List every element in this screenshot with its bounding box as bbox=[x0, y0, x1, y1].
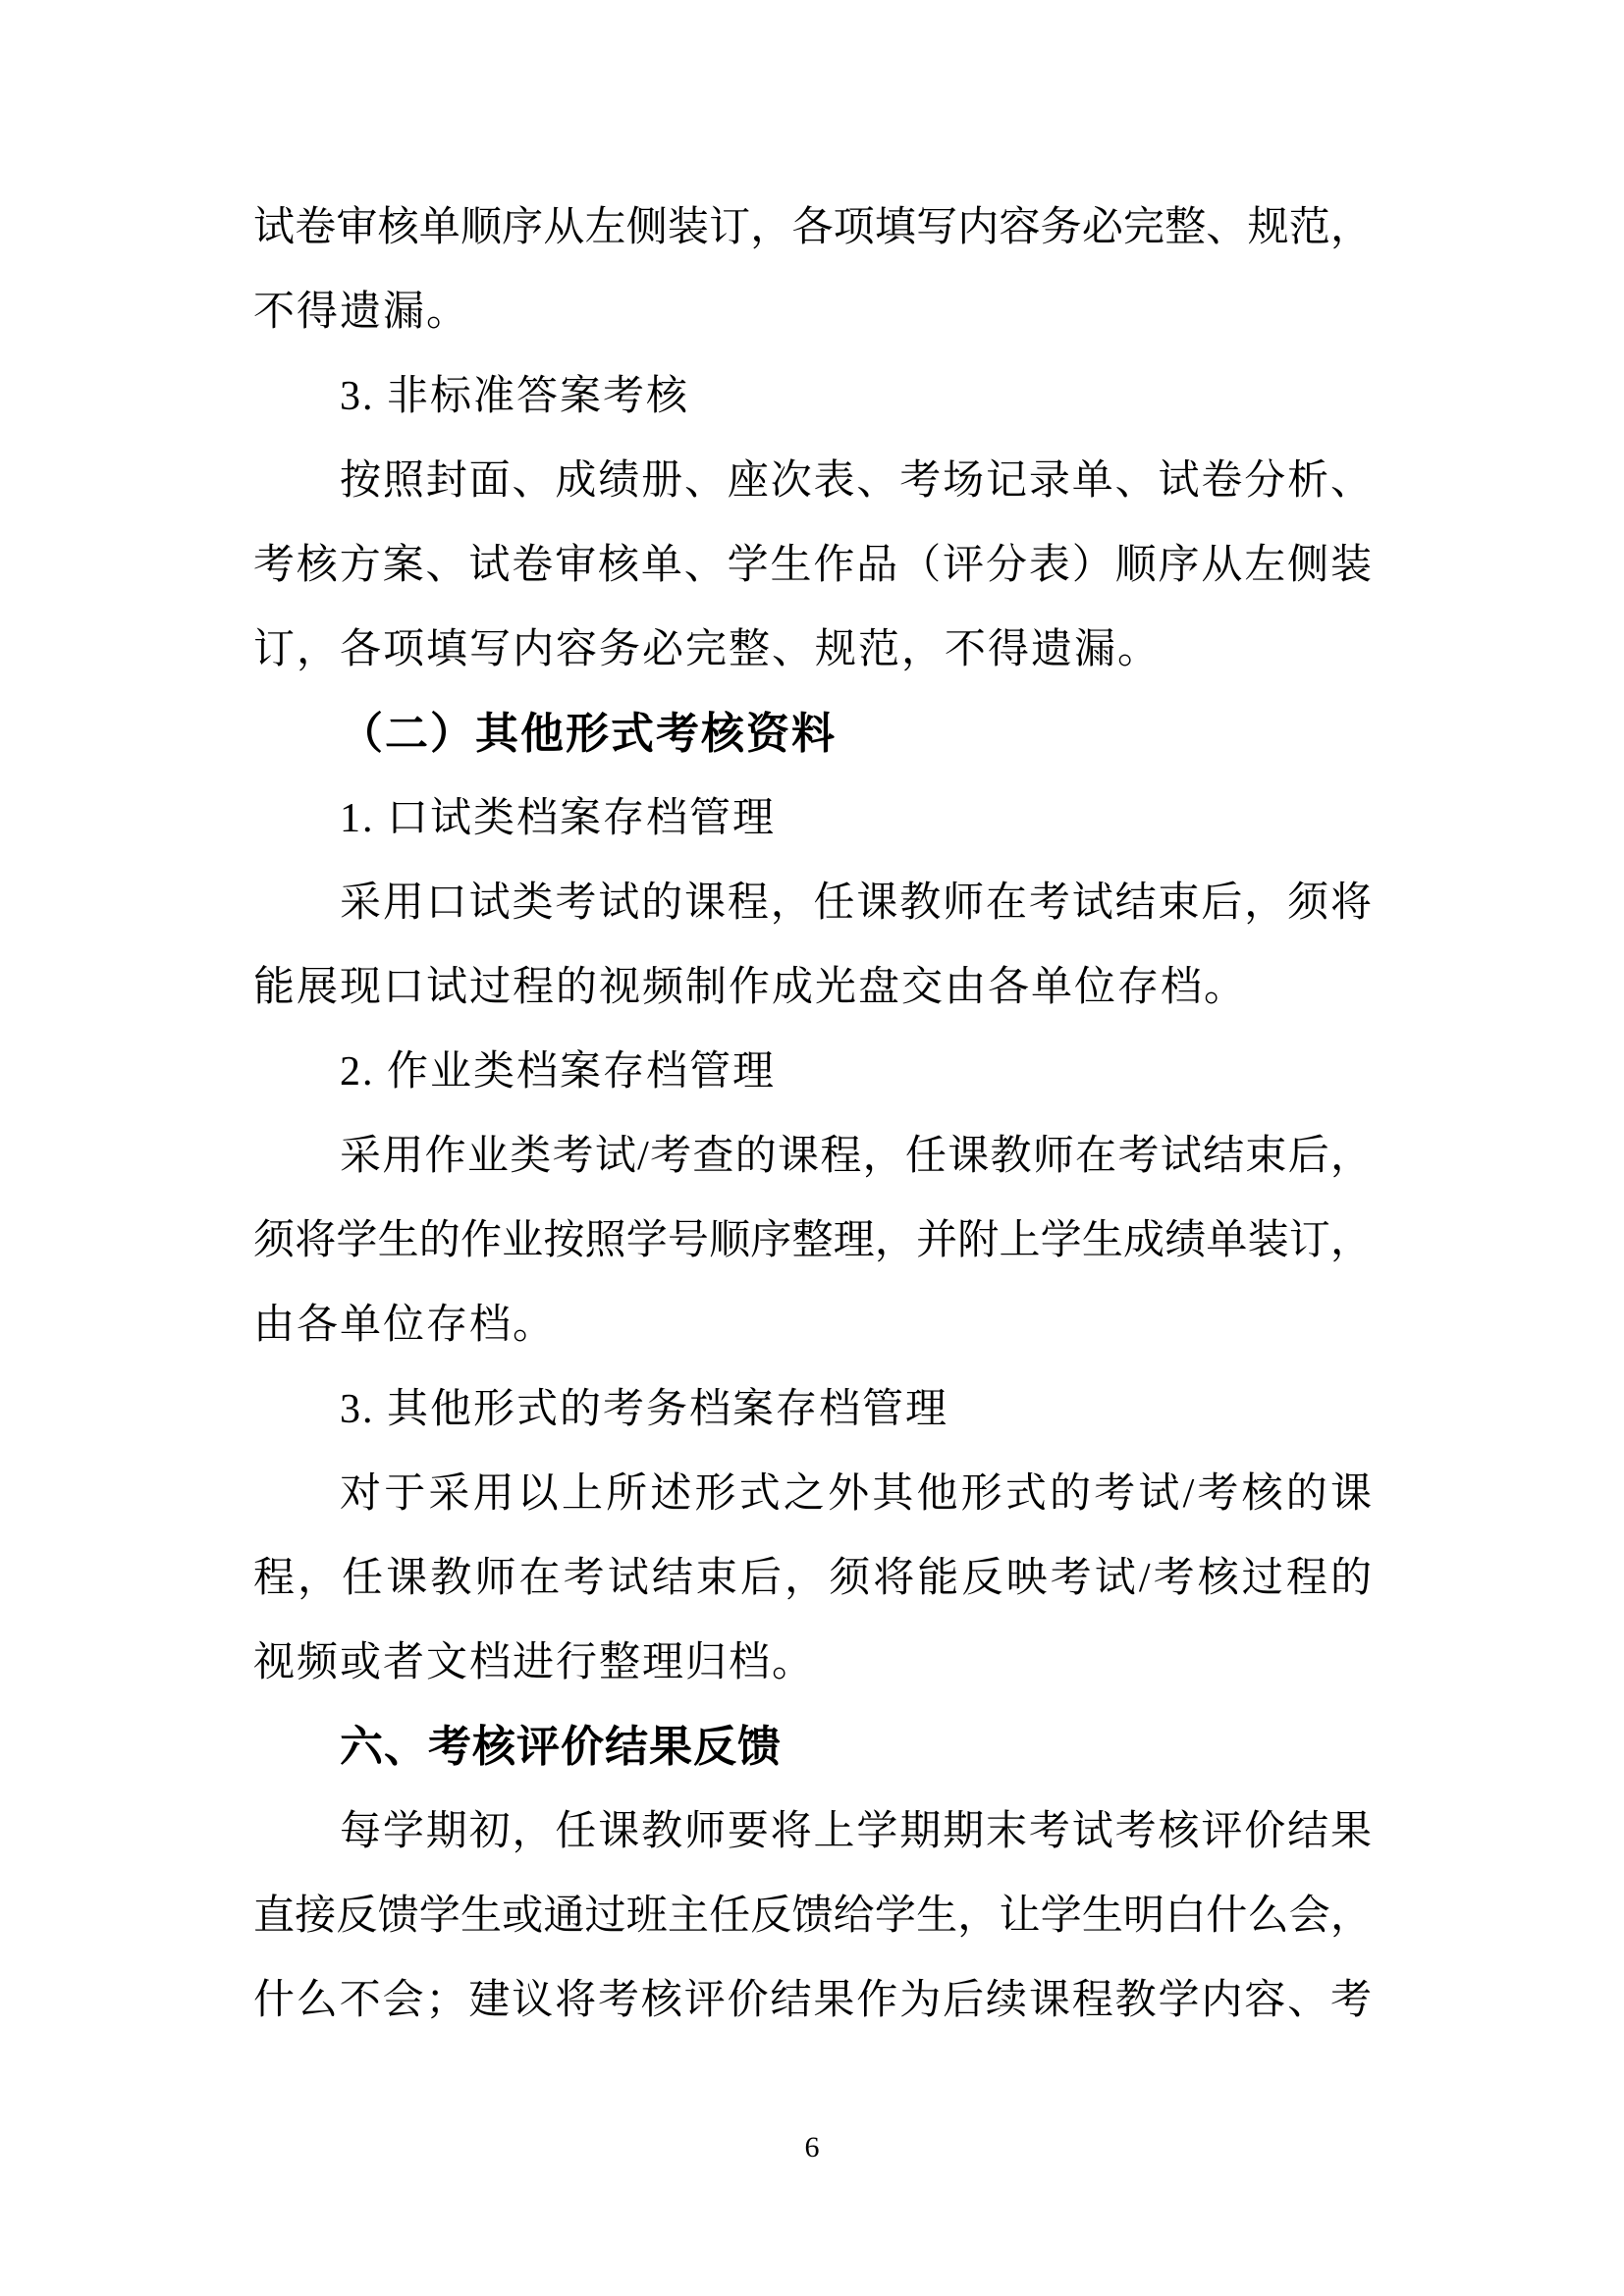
text-line: 试卷审核单顺序从左侧装订，各项填写内容务必完整、规范， bbox=[253, 186, 1372, 270]
text-line: 按照封面、成绩册、座次表、考场记录单、试卷分析、 bbox=[253, 439, 1372, 523]
section-heading-feedback: 六、考核评价结果反馈 bbox=[253, 1705, 1372, 1789]
text-line: 什么不会；建议将考核评价结果作为后续课程教学内容、考 bbox=[253, 1958, 1372, 2043]
list-item-heading: 3. 非标准答案考核 bbox=[253, 354, 1372, 439]
text-line: 视频或者文档进行整理归档。 bbox=[253, 1621, 1372, 1705]
list-item-heading: 2. 作业类档案存档管理 bbox=[253, 1030, 1372, 1114]
text-line: 考核方案、试卷审核单、学生作品（评分表）顺序从左侧装 bbox=[253, 523, 1372, 608]
text-line: 不得遗漏。 bbox=[253, 270, 1372, 354]
document-body: 试卷审核单顺序从左侧装订，各项填写内容务必完整、规范， 不得遗漏。 3. 非标准… bbox=[253, 186, 1372, 2043]
text-line: 采用口试类考试的课程，任课教师在考试结束后，须将 bbox=[253, 861, 1372, 945]
list-item-heading: 1. 口试类档案存档管理 bbox=[253, 776, 1372, 861]
text-line: 程，任课教师在考试结束后，须将能反映考试/考核过程的 bbox=[253, 1536, 1372, 1621]
text-line: 须将学生的作业按照学号顺序整理，并附上学生成绩单装订， bbox=[253, 1199, 1372, 1283]
text-line: 直接反馈学生或通过班主任反馈给学生，让学生明白什么会， bbox=[253, 1874, 1372, 1958]
text-line: 订，各项填写内容务必完整、规范，不得遗漏。 bbox=[253, 608, 1372, 692]
text-line: 对于采用以上所述形式之外其他形式的考试/考核的课 bbox=[253, 1452, 1372, 1536]
text-line: 能展现口试过程的视频制作成光盘交由各单位存档。 bbox=[253, 945, 1372, 1030]
list-item-heading: 3. 其他形式的考务档案存档管理 bbox=[253, 1367, 1372, 1452]
section-heading-other-forms: （二）其他形式考核资料 bbox=[253, 692, 1372, 776]
text-line: 采用作业类考试/考查的课程，任课教师在考试结束后， bbox=[253, 1114, 1372, 1199]
page-number: 6 bbox=[0, 2126, 1624, 2169]
document-page: 试卷审核单顺序从左侧装订，各项填写内容务必完整、规范， 不得遗漏。 3. 非标准… bbox=[0, 0, 1624, 2296]
text-line: 由各单位存档。 bbox=[253, 1283, 1372, 1367]
text-line: 每学期初，任课教师要将上学期期末考试考核评价结果 bbox=[253, 1789, 1372, 1874]
